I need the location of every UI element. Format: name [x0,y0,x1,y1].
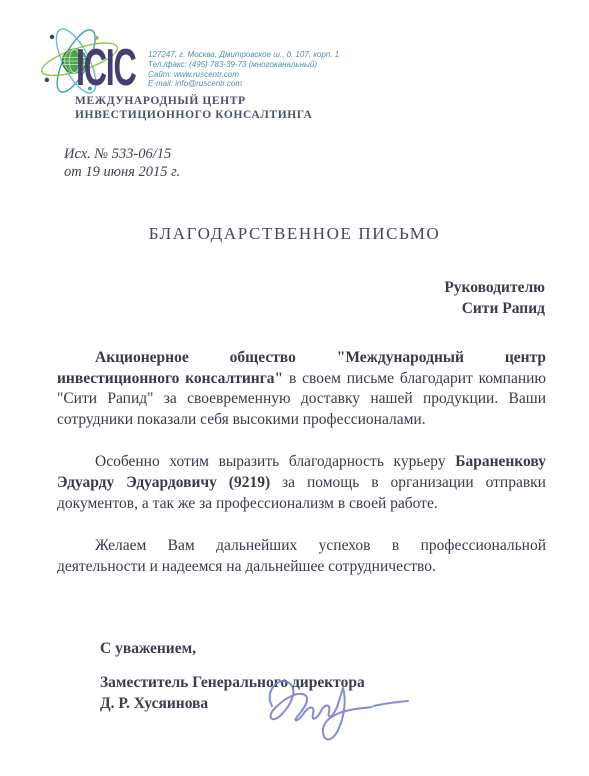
document-title: БЛАГОДАРСТВЕННОЕ ПИСЬМО [0,224,589,244]
contact-block: 127247, г. Москва, Дмитровское ш., д. 10… [148,50,339,89]
org-name-line2: ИНВЕСТИЦИОННОГО КОНСАЛТИНГА [75,109,312,123]
logo-acronym: ICIC [76,42,136,94]
addressee-block: Руководителю Сити Рапид [444,278,545,319]
paragraph-wishes: Желаем Вам дальнейших успехов в професси… [57,536,546,577]
addressee-role: Руководителю [444,278,545,299]
contact-email: E-mail: info@ruscentr.com [148,79,339,89]
scanned-letter-page: ICIC 127247, г. Москва, Дмитровское ш., … [0,0,589,776]
closing-line: С уважением, [100,640,196,658]
letter-body: Акционерное общество "Международный цент… [57,348,546,599]
paragraph-courier: Особенно хотим выразить благодарность ку… [57,452,546,514]
contact-phone: Тел./факс: (495) 783-39-73 (многоканальн… [148,60,339,70]
handwritten-signature-icon [256,666,426,754]
letterhead: ICIC 127247, г. Москва, Дмитровское ш., … [40,12,540,132]
org-name-line1: МЕЖДУНАРОДНЫЙ ЦЕНТР [75,95,312,109]
reference-date: от 19 июня 2015 г. [64,164,180,182]
paragraph-gratitude: Акционерное общество "Международный цент… [57,348,546,430]
reference-number: Исх. № 533-06/15 [64,146,180,164]
addressee-company: Сити Рапид [444,299,545,320]
contact-site: Сайт: www.ruscentr.com [148,70,339,80]
reference-block: Исх. № 533-06/15 от 19 июня 2015 г. [64,146,180,181]
contact-address: 127247, г. Москва, Дмитровское ш., д. 10… [148,50,339,60]
org-name: МЕЖДУНАРОДНЫЙ ЦЕНТР ИНВЕСТИЦИОННОГО КОНС… [75,95,312,122]
